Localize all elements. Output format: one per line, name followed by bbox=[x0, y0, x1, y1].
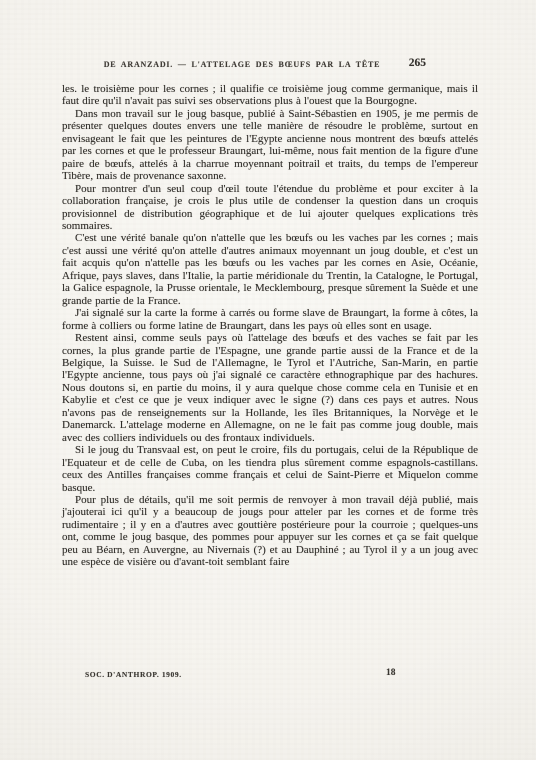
paragraph: les. le troisième pour les cornes ; il q… bbox=[62, 83, 478, 108]
page-number: 265 bbox=[409, 57, 426, 69]
paragraph: Restent ainsi, comme seuls pays où l'att… bbox=[62, 332, 478, 444]
scanned-document-page: DE ARANZADI. — L'ATTELAGE DES BŒUFS PAR … bbox=[0, 0, 536, 760]
paragraph: Pour plus de détails, qu'il me soit perm… bbox=[62, 494, 478, 569]
paragraph: C'est une vérité banale qu'on n'attelle … bbox=[62, 232, 478, 307]
footer-signature-number: 18 bbox=[386, 668, 396, 678]
footer-imprint: SOC. D'ANTHROP. 1909. bbox=[85, 670, 182, 679]
page-header: DE ARANZADI. — L'ATTELAGE DES BŒUFS PAR … bbox=[62, 60, 478, 74]
paragraph: J'ai signalé sur la carte la forme à car… bbox=[62, 307, 478, 332]
paragraph: Si le joug du Transvaal est, on peut le … bbox=[62, 444, 478, 494]
page-footer: SOC. D'ANTHROP. 1909. 18 bbox=[62, 668, 478, 680]
paragraph: Dans mon travail sur le joug basque, pub… bbox=[62, 108, 478, 183]
page-body: les. le troisième pour les cornes ; il q… bbox=[62, 83, 478, 569]
paragraph: Pour montrer d'un seul coup d'œil toute … bbox=[62, 183, 478, 233]
